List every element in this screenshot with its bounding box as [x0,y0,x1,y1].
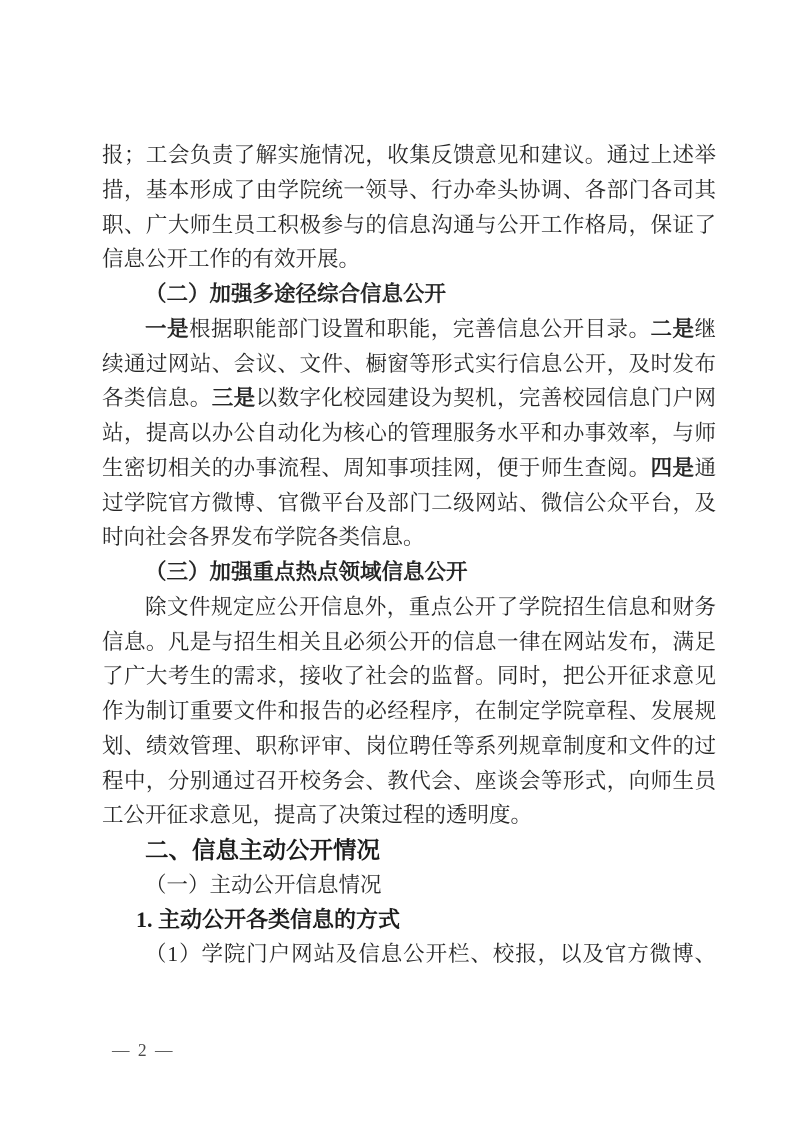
text-segment: 职、广大师生员工积极参与的信息沟通与公开工作格局，保证了 [102,213,716,237]
text-segment: 报；工会负责了解实施情况，收集反馈意见和建议。通过上述举 [102,143,716,167]
text-segment: 各类信息。 [102,386,212,410]
document-line: （1）学院门户网站及信息公开栏、校报，以及官方微博、 [102,937,716,972]
document-line: 生密切相关的办事流程、周知事项挂网，便于师生查阅。四是通 [102,451,716,486]
text-segment: 作为制订重要文件和报告的必经程序，在制定学院章程、发展规 [102,699,716,723]
text-segment: 除文件规定应公开信息外，重点公开了学院招生信息和财务 [145,595,716,619]
text-segment: 时向社会各界发布学院各类信息。 [102,525,425,549]
text-segment: 划、绩效管理、职称评审、岗位聘任等系列规章制度和文件的过 [102,734,716,758]
text-segment: 生密切相关的办事流程、周知事项挂网，便于师生查阅。 [102,456,651,480]
document-line: 了广大考生的需求，接收了社会的监督。同时，把公开征求意见 [102,659,716,694]
text-segment: 信息。凡是与招生相关且必须公开的信息一律在网站发布，满足 [102,630,716,654]
bold-text-segment: 一是 [145,317,189,341]
text-segment: 过学院官方微博、官微平台及部门二级网站、微信公众平台，及 [102,491,716,515]
document-line: 划、绩效管理、职称评审、岗位聘任等系列规章制度和文件的过 [102,729,716,764]
document-page: 报；工会负责了解实施情况，收集反馈意见和建议。通过上述举措，基本形成了由学院统一… [0,0,793,1122]
text-segment: 程中，分别通过召开校务会、教代会、座谈会等形式，向师生员 [102,769,716,793]
document-line: （三）加强重点热点领域信息公开 [102,555,716,590]
document-line: 除文件规定应公开信息外，重点公开了学院招生信息和财务 [102,590,716,625]
bold-text-segment: 二、信息主动公开情况 [145,836,380,864]
document-line: （一）主动公开信息情况 [102,868,716,903]
text-segment: 站，提高以办公自动化为核心的管理服务水平和办事效率，与师 [102,421,716,445]
text-segment: 以数字化校园建设为契机，完善校园信息门户网 [256,386,716,410]
text-segment: 通 [694,456,716,480]
document-line: 职、广大师生员工积极参与的信息沟通与公开工作格局，保证了 [102,208,716,243]
document-line: 报；工会负责了解实施情况，收集反馈意见和建议。通过上述举 [102,138,716,173]
document-line: 信息公开工作的有效开展。 [102,242,716,277]
text-segment: 了广大考生的需求，接收了社会的监督。同时，把公开征求意见 [102,664,716,688]
page-number: — 2 — [112,1040,175,1061]
bold-text-segment: 四是 [651,456,695,480]
document-body: 报；工会负责了解实施情况，收集反馈意见和建议。通过上述举措，基本形成了由学院统一… [102,138,716,972]
document-line: 二、信息主动公开情况 [102,833,716,868]
document-line: 程中，分别通过召开校务会、教代会、座谈会等形式，向师生员 [102,764,716,799]
bold-text-segment: （三）加强重点热点领域信息公开 [145,560,468,584]
text-segment: 根据职能部门设置和职能，完善信息公开目录。 [189,317,651,341]
text-segment: 续通过网站、会议、文件、橱窗等形式实行信息公开，及时发布 [102,352,716,376]
bold-text-segment: 三是 [212,386,256,410]
document-line: 信息。凡是与招生相关且必须公开的信息一律在网站发布，满足 [102,625,716,660]
bold-text-segment: 1. 主动公开各类信息的方式 [136,907,400,932]
document-line: 站，提高以办公自动化为核心的管理服务水平和办事效率，与师 [102,416,716,451]
bold-text-segment: 二是 [651,317,695,341]
document-line: 一是根据职能部门设置和职能，完善信息公开目录。二是继 [102,312,716,347]
document-line: 续通过网站、会议、文件、橱窗等形式实行信息公开，及时发布 [102,347,716,382]
text-segment: 继 [694,317,716,341]
document-line: 各类信息。三是以数字化校园建设为契机，完善校园信息门户网 [102,381,716,416]
document-line: 措，基本形成了由学院统一领导、行办牵头协调、各部门各司其 [102,173,716,208]
text-segment: （一）主动公开信息情况 [145,873,382,897]
text-segment: 措，基本形成了由学院统一领导、行办牵头协调、各部门各司其 [102,178,716,202]
document-line: 工公开征求意见，提高了决策过程的透明度。 [102,798,716,833]
text-segment: 信息公开工作的有效开展。 [102,247,360,271]
text-segment: 工公开征求意见，提高了决策过程的透明度。 [102,803,532,827]
bold-text-segment: （二）加强多途径综合信息公开 [145,282,446,306]
text-segment: （1）学院门户网站及信息公开栏、校报，以及官方微博、 [145,942,716,966]
document-line: 过学院官方微博、官微平台及部门二级网站、微信公众平台，及 [102,486,716,521]
document-line: 作为制订重要文件和报告的必经程序，在制定学院章程、发展规 [102,694,716,729]
document-line: （二）加强多途径综合信息公开 [102,277,716,312]
document-line: 1. 主动公开各类信息的方式 [102,903,716,938]
document-line: 时向社会各界发布学院各类信息。 [102,520,716,555]
